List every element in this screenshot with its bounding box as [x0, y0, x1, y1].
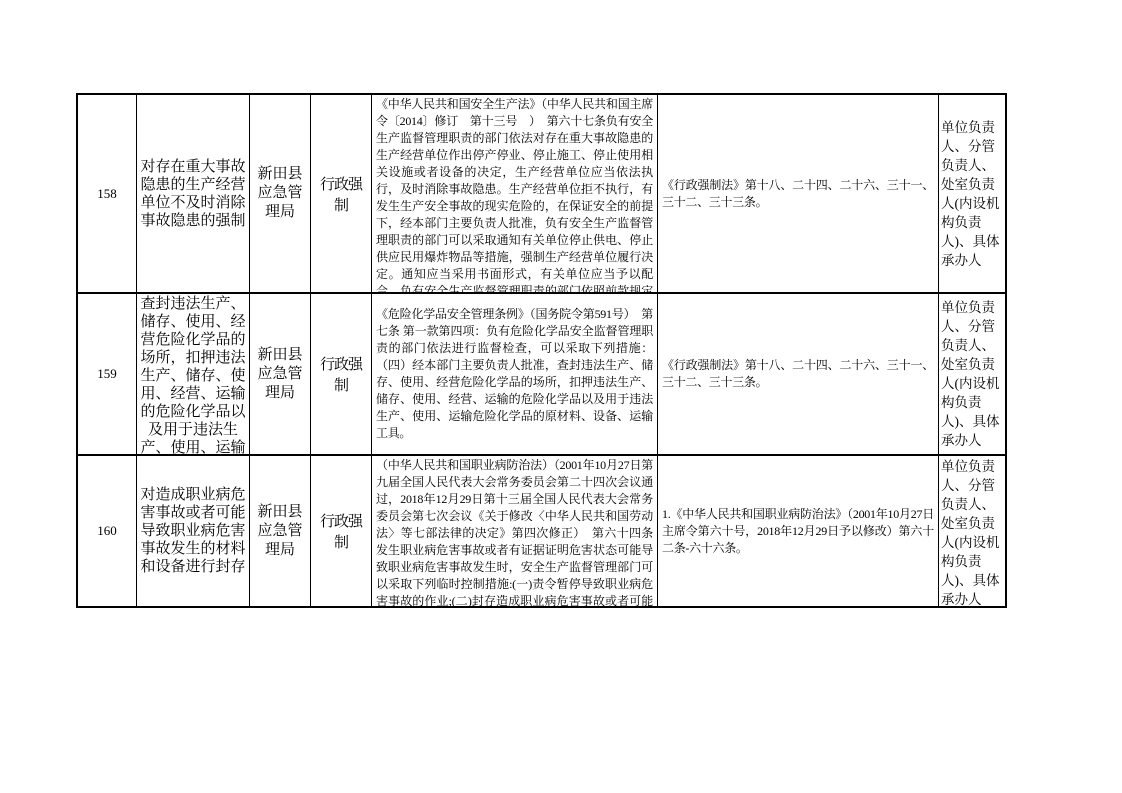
- enforcement-basis: 1.《中华人民共和国职业病防治法》（2001年10月27日主席令第六十号，201…: [658, 505, 938, 558]
- responsible-persons: 单位负责人、分管负责人、处室负责人(内设机构负责人)、具体承办人: [939, 456, 1005, 606]
- cell-responsible-persons: 单位负责人、分管负责人、处室负责人(内设机构负责人)、具体承办人: [939, 95, 1005, 294]
- power-list-table: 158 对存在重大事故隐患的生产经营单位不及时消除事故隐患的强制 新田县应急管理…: [76, 93, 1007, 608]
- cell-agency: 新田县应急管理局: [250, 294, 311, 456]
- cell-agency: 新田县应急管理局: [250, 456, 311, 606]
- cell-responsible-persons: 单位负责人、分管负责人、处室负责人(内设机构负责人)、具体承办人: [939, 456, 1005, 606]
- power-matter: 查封违法生产、储存、使用、经营危险化学品的场所，扣押违法生产、储存、使用、经营、…: [137, 294, 249, 456]
- cell-seq-number: 159: [78, 294, 137, 456]
- power-matter: 对造成职业病危害事故或者可能导致职业病危害事故发生的材料和设备进行封存: [137, 485, 249, 577]
- cell-power-matter: 查封违法生产、储存、使用、经营危险化学品的场所，扣押违法生产、储存、使用、经营、…: [137, 294, 250, 456]
- enforcement-basis: 《行政强制法》第十八、二十四、二十六、三十一、三十二、三十三条。: [658, 356, 938, 392]
- cell-responsible-persons: 单位负责人、分管负责人、处室负责人(内设机构负责人)、具体承办人: [939, 294, 1005, 456]
- cell-enforcement-basis: 《行政强制法》第十八、二十四、二十六、三十一、三十二、三十三条。: [658, 95, 939, 294]
- cell-legal-basis: 《中华人民共和国安全生产法》（中华人民共和国主席令〔2014〕修订 第十三号 ）…: [372, 95, 658, 294]
- responsible-persons: 单位负责人、分管负责人、处室负责人(内设机构负责人)、具体承办人: [939, 117, 1005, 271]
- cell-power-type: 行政强制: [311, 456, 372, 606]
- cell-power-matter: 对造成职业病危害事故或者可能导致职业病危害事故发生的材料和设备进行封存: [137, 456, 250, 606]
- power-matter: 对存在重大事故隐患的生产经营单位不及时消除事故隐患的强制: [137, 157, 249, 231]
- responsible-persons: 单位负责人、分管负责人、处室负责人(内设机构负责人)、具体承办人: [939, 297, 1005, 451]
- agency-name: 新田县应急管理局: [250, 345, 310, 404]
- power-type: 行政强制: [311, 172, 371, 216]
- seq-number: 160: [78, 522, 136, 540]
- cell-enforcement-basis: 1.《中华人民共和国职业病防治法》（2001年10月27日主席令第六十号，201…: [658, 456, 939, 606]
- legal-basis: 《中华人民共和国安全生产法》（中华人民共和国主席令〔2014〕修订 第十三号 ）…: [372, 95, 657, 294]
- enforcement-basis: 《行政强制法》第十八、二十四、二十六、三十一、三十二、三十三条。: [658, 176, 938, 212]
- agency-name: 新田县应急管理局: [250, 502, 310, 561]
- seq-number: 158: [78, 185, 136, 203]
- cell-seq-number: 158: [78, 95, 137, 294]
- cell-agency: 新田县应急管理局: [250, 95, 311, 294]
- cell-legal-basis: 《危险化学品安全管理条例》（国务院令第591号） 第七条 第一款第四项：负有危险…: [372, 294, 658, 456]
- document-page: 158 对存在重大事故隐患的生产经营单位不及时消除事故隐患的强制 新田县应急管理…: [76, 93, 1007, 608]
- cell-enforcement-basis: 《行政强制法》第十八、二十四、二十六、三十一、三十二、三十三条。: [658, 294, 939, 456]
- agency-name: 新田县应急管理局: [250, 164, 310, 223]
- legal-basis: 《危险化学品安全管理条例》（国务院令第591号） 第七条 第一款第四项：负有危险…: [372, 305, 657, 443]
- legal-basis: （中华人民共和国职业病防治法）（2001年10月27日第九届全国人民代表大会常务…: [372, 456, 657, 606]
- cell-power-type: 行政强制: [311, 294, 372, 456]
- power-type: 行政强制: [311, 509, 371, 553]
- seq-number: 159: [78, 365, 136, 383]
- cell-power-matter: 对存在重大事故隐患的生产经营单位不及时消除事故隐患的强制: [137, 95, 250, 294]
- cell-legal-basis: （中华人民共和国职业病防治法）（2001年10月27日第九届全国人民代表大会常务…: [372, 456, 658, 606]
- cell-power-type: 行政强制: [311, 95, 372, 294]
- power-type: 行政强制: [311, 352, 371, 396]
- cell-seq-number: 160: [78, 456, 137, 606]
